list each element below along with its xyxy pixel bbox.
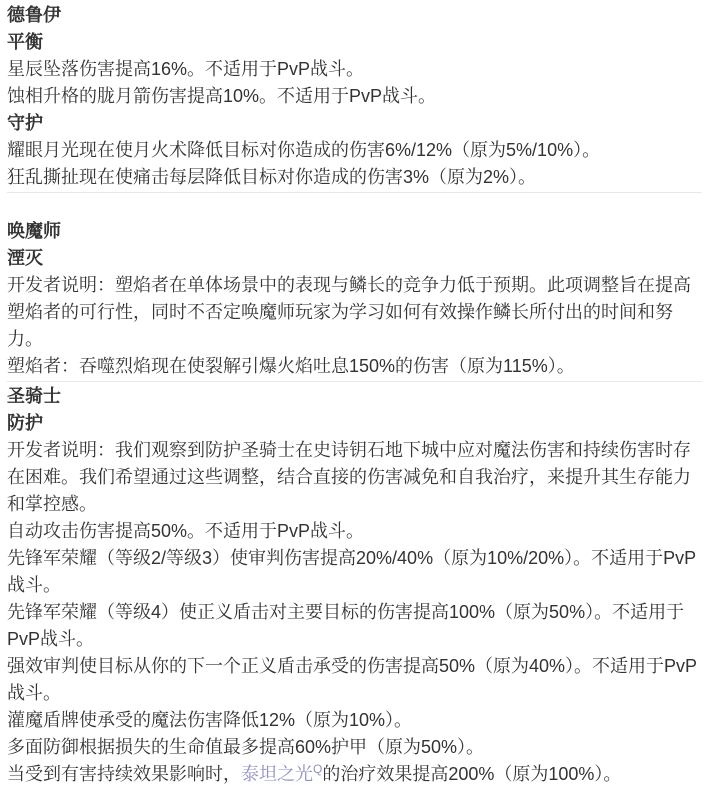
patch-note: 塑焰者：吞噬烈焰现在使裂解引爆火焰吐息150%的伤害（原为115%）。 (7, 353, 702, 380)
spec-heading-guardian: 守护 (7, 110, 702, 137)
patch-note: 先锋军荣耀（等级2/等级3）使审判伤害提高20%/40%（原为10%/20%）。… (7, 545, 702, 599)
patch-note: 多面防御根据损失的生命值最多提高60%护甲（原为50%）。 (7, 734, 702, 761)
patch-note-with-link: 当受到有害持续效果影响时，泰坦之光Q的治疗效果提高200%（原为100%）。 (7, 761, 702, 787)
spec-heading-devastation: 湮灭 (7, 245, 702, 272)
class-heading-evoker: 唤魔师 (7, 218, 702, 245)
spec-heading-balance: 平衡 (7, 29, 702, 56)
note-prefix: 当受到有害持续效果影响时， (7, 764, 241, 784)
class-heading-druid: 德鲁伊 (7, 2, 702, 29)
patch-note: 狂乱撕扯现在使痛击每层降低目标对你造成的伤害3%（原为2%）。 (7, 164, 702, 191)
developer-note: 开发者说明：塑焰者在单体场景中的表现与鳞长的竞争力低于预期。此项调整旨在提高塑焰… (7, 272, 702, 353)
patch-note: 星辰坠落伤害提高16%。不适用于PvP战斗。 (7, 56, 702, 83)
section-divider (7, 381, 702, 382)
tooltip-magnifier-icon: Q (313, 762, 322, 776)
patch-notes-document: 德鲁伊 平衡 星辰坠落伤害提高16%。不适用于PvP战斗。 蚀相升格的胧月箭伤害… (0, 0, 709, 787)
spec-heading-protection: 防护 (7, 410, 702, 437)
class-heading-paladin: 圣骑士 (7, 383, 702, 410)
note-suffix: 的治疗效果提高200%（原为100%）。 (322, 764, 621, 784)
developer-note: 开发者说明：我们观察到防护圣骑士在史诗钥石地下城中应对魔法伤害和持续伤害时存在困… (7, 437, 702, 518)
patch-note: 灌魔盾牌使承受的魔法伤害降低12%（原为10%）。 (7, 707, 702, 734)
patch-note: 先锋军荣耀（等级4）使正义盾击对主要目标的伤害提高100%（原为50%）。不适用… (7, 599, 702, 653)
patch-note: 耀眼月光现在使月火术降低目标对你造成的伤害6%/12%（原为5%/10%）。 (7, 137, 702, 164)
spell-link-titans-light[interactable]: 泰坦之光Q (241, 764, 322, 784)
spell-link-text: 泰坦之光 (241, 764, 313, 784)
patch-note: 自动攻击伤害提高50%。不适用于PvP战斗。 (7, 518, 702, 545)
patch-note: 强效审判使目标从你的下一个正义盾击承受的伤害提高50%（原为40%）。不适用于P… (7, 653, 702, 707)
section-divider (7, 192, 702, 193)
patch-note: 蚀相升格的胧月箭伤害提高10%。不适用于PvP战斗。 (7, 83, 702, 110)
